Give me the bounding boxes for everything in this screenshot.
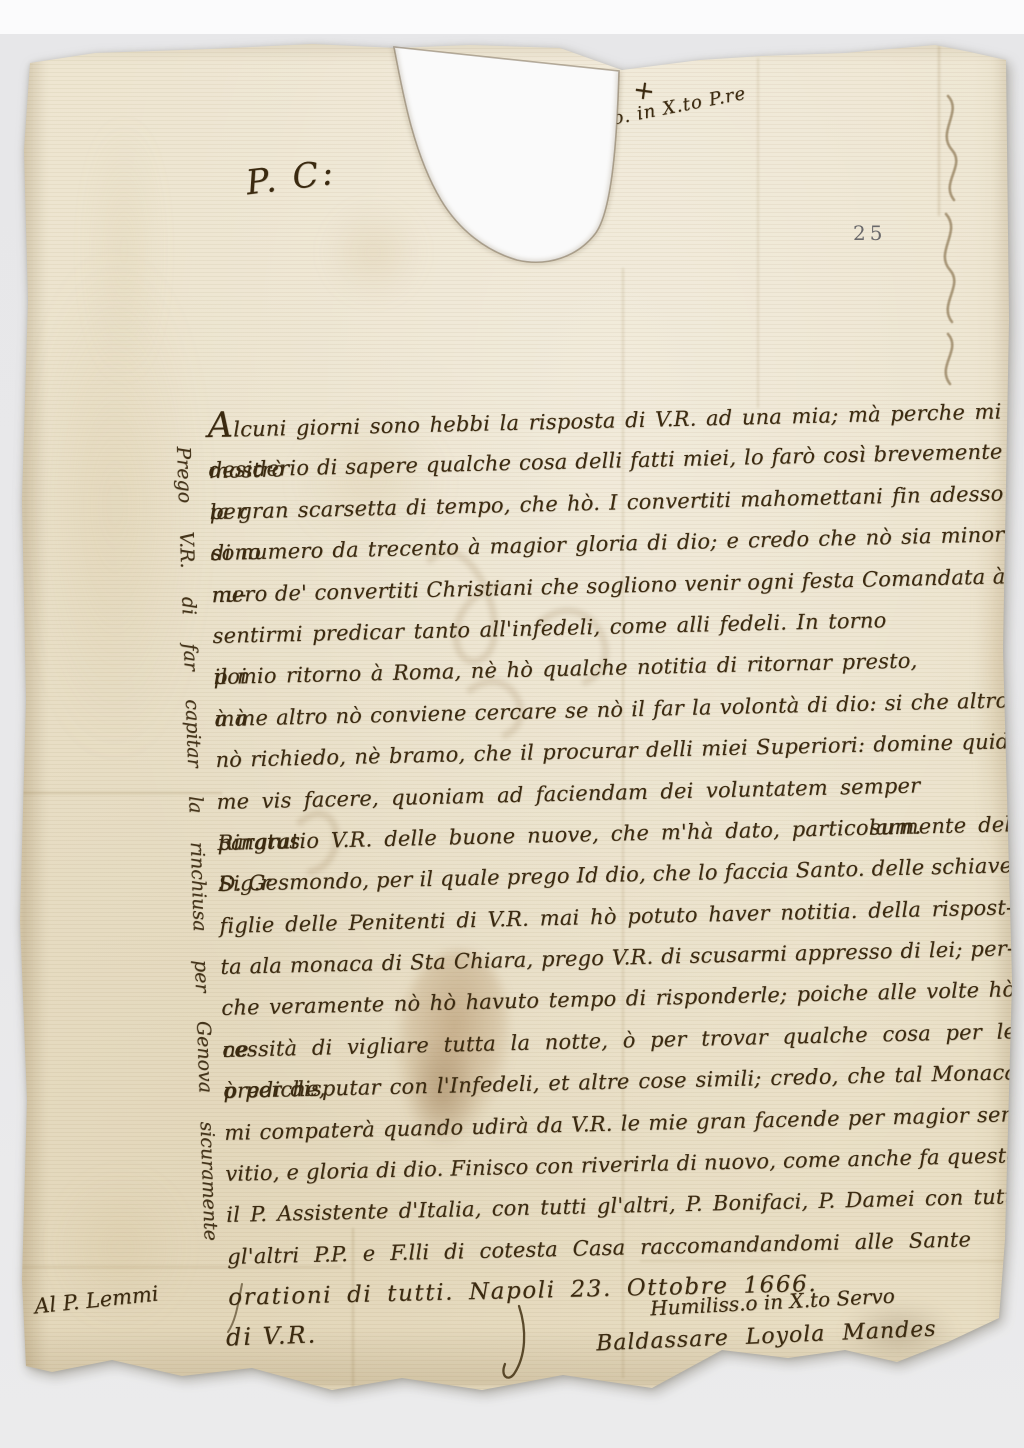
salutation: P. C: [244,153,338,204]
letter-body: Alcuni giorni sono hebbi la risposta di … [207,390,1022,1319]
invocation: Rdo. in X.to P.re [584,83,748,135]
archive-page-number-stamp: 25 [853,221,886,245]
signature: Baldassare Loyola Mandes [596,1317,937,1357]
paper-edge-shading [20,48,46,1378]
paper-shadow-wrap: P. C: + Rdo. in X.to P.re 25 Alcuni gior… [0,0,1024,1448]
letter-paper: P. C: + Rdo. in X.to P.re 25 Alcuni gior… [0,0,1024,1448]
fold-crease [938,46,940,216]
paper-stain [326,205,421,300]
fold-crease [757,58,759,408]
address-note: Al P. Lemmi [33,1282,160,1319]
paper-stain [92,118,156,383]
valediction: di V.R. [226,1320,318,1351]
paper-stain [40,255,190,755]
paper-edge-shading [20,42,1010,62]
scanned-letter-page: P. C: + Rdo. in X.to P.re 25 Alcuni gior… [0,0,1024,1448]
